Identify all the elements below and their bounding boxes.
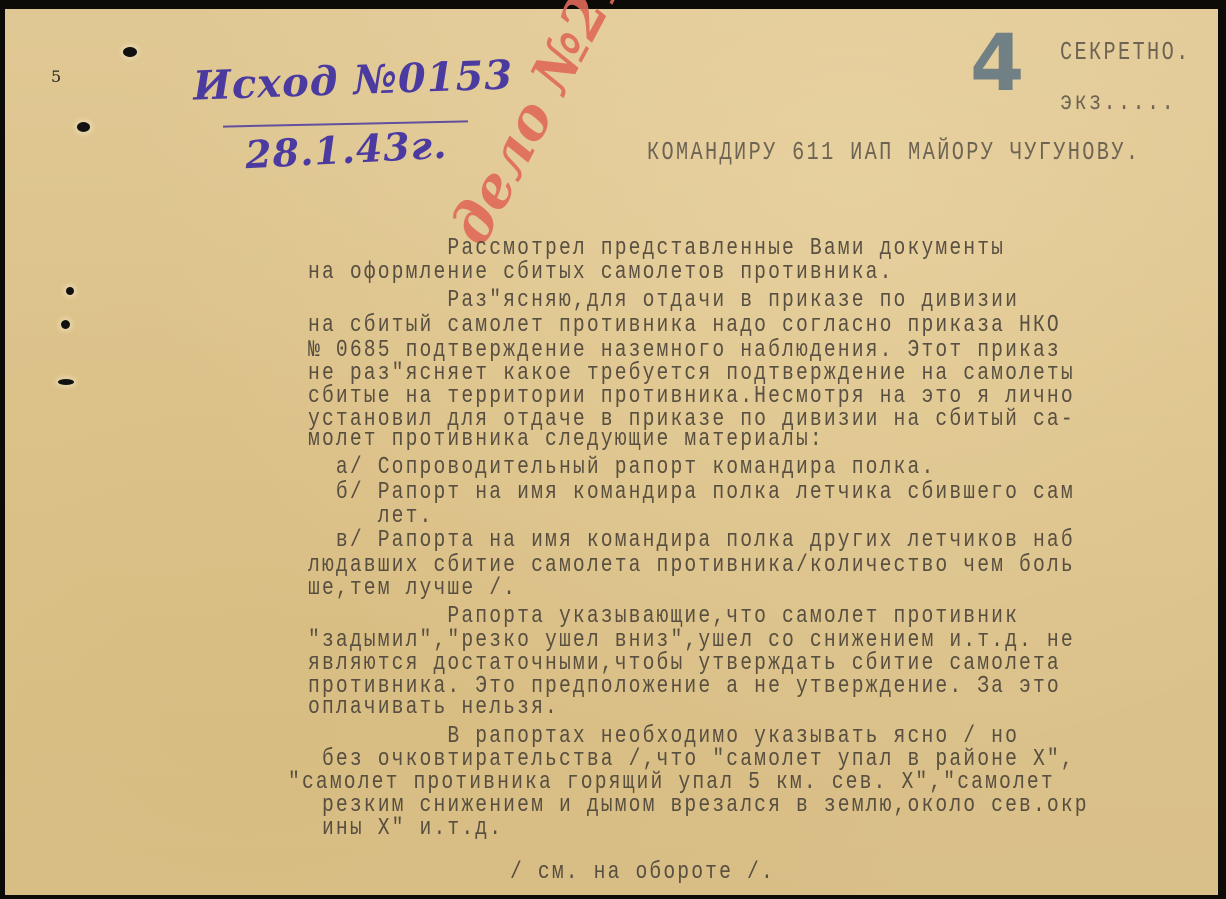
punch-hole (61, 320, 70, 329)
body-line: в/ Рапорта на имя командира полка других… (308, 529, 1075, 553)
body-line: оплачивать нельзя. (308, 696, 559, 720)
incoming-number: Исход №0153 (192, 51, 514, 109)
punch-hole (123, 47, 137, 57)
punch-hole (77, 122, 90, 132)
punch-hole (66, 287, 74, 295)
body-line: ше,тем лучше /. (308, 577, 517, 601)
see-reverse-note: / см. на обороте /. (510, 861, 775, 885)
body-line: Рассмотрел представленные Вами документы (308, 237, 1005, 261)
classification-label: СЕКРЕТНО. (1060, 37, 1191, 67)
addressee: КОМАНДИРУ 611 ИАП МАЙОРУ ЧУГУНОВУ. (647, 137, 1140, 167)
body-line: на оформление сбитых самолетов противник… (308, 261, 894, 285)
body-line: Раз"ясняю,для отдачи в приказе по дивизи… (308, 289, 1019, 313)
body-line: Рапорта указывающие,что самолет противни… (308, 605, 1019, 629)
copy-number: экз..... (1060, 87, 1176, 117)
scan-edge (1218, 0, 1226, 899)
body-line: молет противника следующие материалы: (308, 428, 824, 452)
document-page: 5 Исход №0153 28.1.43г. дело №21 4 СЕКРЕ… (5, 9, 1218, 895)
body-line: лет. (308, 505, 433, 529)
margin-mark: 5 (51, 67, 61, 86)
incoming-date: 28.1.43г. (244, 122, 448, 178)
body-line: а/ Сопроводительный рапорт командира пол… (308, 456, 935, 480)
body-line: б/ Рапорт на имя командира полка летчика… (308, 481, 1075, 505)
punch-hole (58, 379, 74, 385)
blue-pencil-mark: 4 (970, 19, 1024, 109)
body-line: на сбитый самолет противника надо соглас… (308, 314, 1061, 338)
case-note: дело №21 (437, 0, 641, 255)
body-line: ины Х" и.т.д. (308, 817, 503, 841)
